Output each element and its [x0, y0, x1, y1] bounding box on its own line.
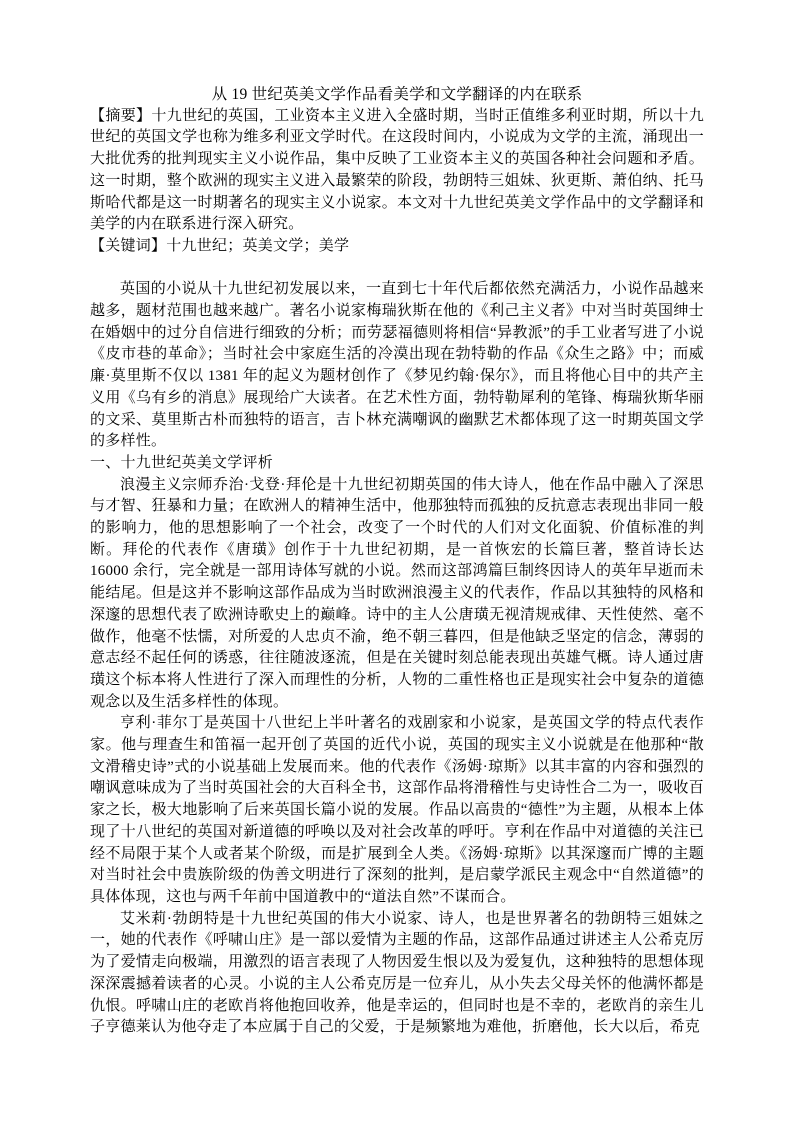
abstract-text: 十九世纪的英国，工业资本主义进入全盛时期，当时正值维多利亚时期，所以十九世纪的英…: [90, 108, 704, 233]
body-paragraph: 英国的小说从十九世纪初发展以来，一直到七十年代后都依然充满活力，小说作品越来越多…: [90, 279, 704, 453]
document-title: 从 19 世纪英美文学作品看美学和文学翻译的内在联系: [90, 84, 704, 106]
document-page: 从 19 世纪英美文学作品看美学和文学翻译的内在联系 【摘要】十九世纪的英国，工…: [0, 0, 793, 1122]
body-paragraph: 亨利·菲尔丁是英国十八世纪上半叶著名的戏剧家和小说家，是英国文学的特点代表作家。…: [90, 713, 704, 908]
blank-line-spacer: [90, 258, 704, 280]
keywords-label: 【关键词】: [90, 238, 166, 254]
keywords-text: 十九世纪；英美文学；美学: [166, 238, 349, 254]
abstract-label: 【摘要】: [90, 108, 151, 124]
keywords-line: 【关键词】十九世纪；英美文学；美学: [90, 236, 704, 258]
abstract-paragraph: 【摘要】十九世纪的英国，工业资本主义进入全盛时期，当时正值维多利亚时期，所以十九…: [90, 106, 704, 236]
body-paragraph: 艾米莉·勃朗特是十九世纪英国的伟大小说家、诗人，也是世界著名的勃朗特三姐妹之一，…: [90, 909, 704, 1039]
section-heading: 一、十九世纪英美文学评析: [90, 453, 704, 475]
body-paragraph: 浪漫主义宗师乔治·戈登·拜伦是十九世纪初期英国的伟大诗人，他在作品中融入了深思与…: [90, 475, 704, 714]
